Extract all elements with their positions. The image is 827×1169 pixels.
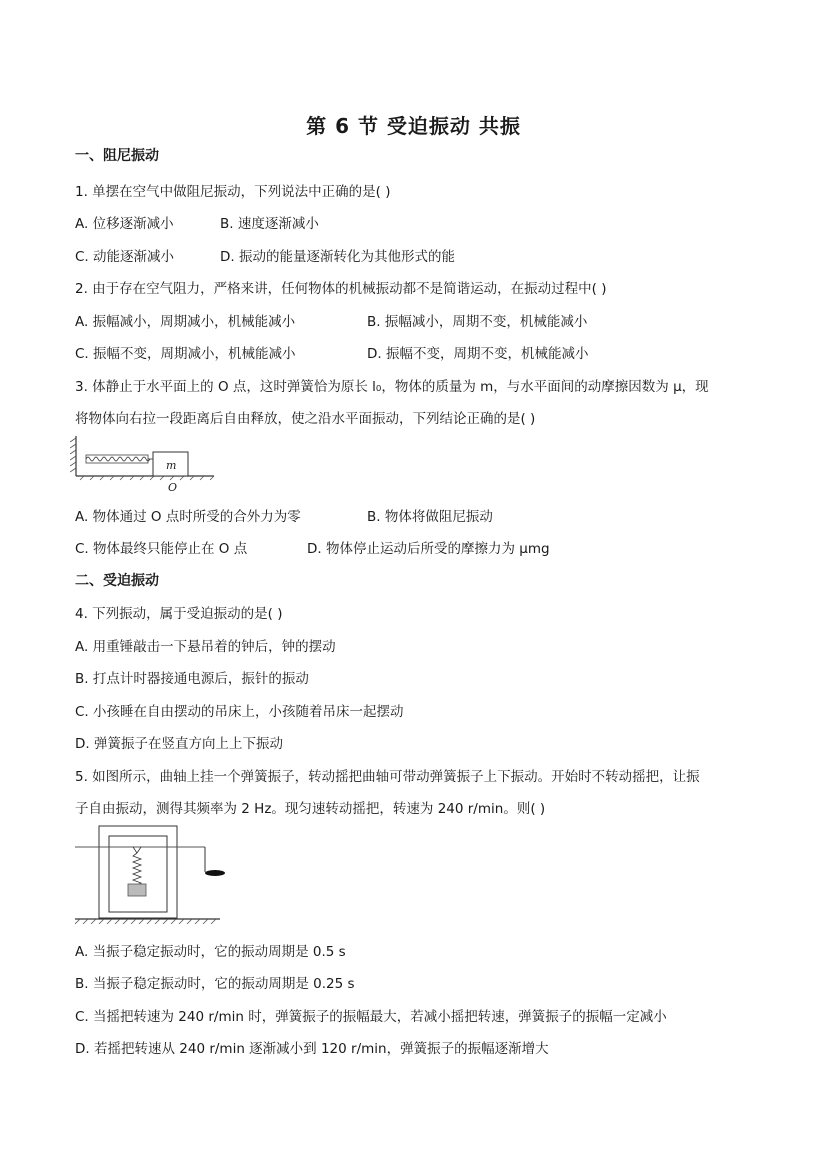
q5-stem-line1: 5. 如图所示，曲轴上挂一个弹簧振子，转动摇把曲轴可带动弹簧振子上下振动。开始时… bbox=[75, 765, 700, 785]
q1-option-b[interactable]: B. 速度逐渐减小 bbox=[220, 212, 319, 232]
q1-option-a[interactable]: A. 位移逐渐减小 bbox=[75, 212, 174, 232]
q2-option-a[interactable]: A. 振幅减小，周期减小，机械能减小 bbox=[75, 310, 295, 330]
q1-option-d[interactable]: D. 振动的能量逐渐转化为其他形式的能 bbox=[220, 245, 455, 265]
spring-block-figure: m O bbox=[70, 432, 220, 494]
q4-option-b[interactable]: B. 打点计时器接通电源后，振针的振动 bbox=[75, 667, 309, 687]
q3-option-d[interactable]: D. 物体停止运动后所受的摩擦力为 μmg bbox=[307, 537, 550, 557]
q3-stem-line2: 将物体向右拉一段距离后自由释放，使之沿水平面振动，下列结论正确的是( ) bbox=[75, 407, 535, 427]
q2-option-c[interactable]: C. 振幅不变，周期减小，机械能减小 bbox=[75, 342, 296, 362]
q4-option-d[interactable]: D. 弹簧振子在竖直方向上上下振动 bbox=[75, 732, 283, 752]
page-title: 第 6 节 受迫振动 共振 bbox=[0, 110, 827, 139]
q2-option-b[interactable]: B. 振幅减小，周期不变，机械能减小 bbox=[367, 310, 587, 330]
q3-stem-line1: 3. 体静止于水平面上的 O 点，这时弹簧恰为原长 l₀，物体的质量为 m，与水… bbox=[75, 375, 709, 395]
q5-option-b[interactable]: B. 当振子稳定振动时，它的振动周期是 0.25 s bbox=[75, 972, 355, 992]
q5-option-c[interactable]: C. 当摇把转速为 240 r/min 时，弹簧振子的振幅最大，若减小摇把转速，… bbox=[75, 1005, 667, 1025]
section-heading-forced: 二、受迫振动 bbox=[75, 570, 159, 590]
q5-option-a[interactable]: A. 当振子稳定振动时，它的振动周期是 0.5 s bbox=[75, 940, 346, 960]
q1-stem: 1. 单摆在空气中做阻尼振动，下列说法中正确的是( ) bbox=[75, 180, 391, 200]
q2-stem: 2. 由于存在空气阻力，严格来讲，任何物体的机械振动都不是简谐运动，在振动过程中… bbox=[75, 277, 607, 297]
q4-stem: 4. 下列振动，属于受迫振动的是( ) bbox=[75, 602, 283, 622]
q4-option-a[interactable]: A. 用重锤敲击一下悬吊着的钟后，钟的摆动 bbox=[75, 635, 336, 655]
mass-label: m bbox=[166, 459, 176, 472]
section-heading-damped: 一、阻尼振动 bbox=[75, 145, 159, 165]
crankshaft-spring-figure bbox=[75, 822, 225, 930]
q5-option-d[interactable]: D. 若摇把转速从 240 r/min 逐渐减小到 120 r/min，弹簧振子… bbox=[75, 1037, 549, 1057]
q3-option-c[interactable]: C. 物体最终只能停止在 O 点 bbox=[75, 537, 247, 557]
q1-option-c[interactable]: C. 动能逐渐减小 bbox=[75, 245, 174, 265]
q3-option-a[interactable]: A. 物体通过 O 点时所受的合外力为零 bbox=[75, 505, 301, 525]
q5-stem-line2: 子自由振动，测得其频率为 2 Hz。现匀速转动摇把，转速为 240 r/min。… bbox=[75, 797, 545, 817]
q2-option-d[interactable]: D. 振幅不变，周期不变，机械能减小 bbox=[367, 342, 588, 362]
point-o-label: O bbox=[168, 481, 177, 494]
q4-option-c[interactable]: C. 小孩睡在自由摆动的吊床上，小孩随着吊床一起摆动 bbox=[75, 700, 404, 720]
q3-option-b[interactable]: B. 物体将做阻尼振动 bbox=[367, 505, 493, 525]
